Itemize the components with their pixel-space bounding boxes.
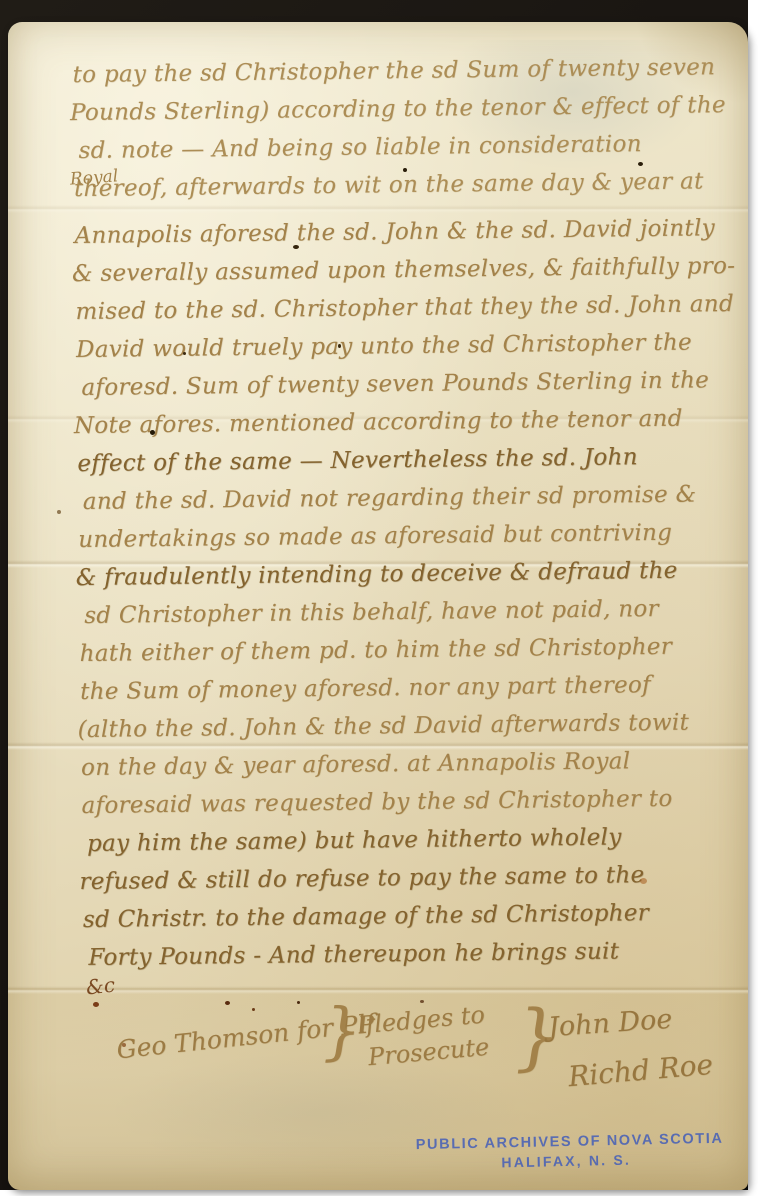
brace-glyph: } bbox=[321, 993, 363, 1067]
manuscript-line: Forty Pounds - And thereupon he brings s… bbox=[88, 931, 743, 977]
ink-blot bbox=[403, 168, 407, 172]
foxing-spot bbox=[420, 1000, 424, 1003]
archival-photograph: { "colors": { "paper": "#ebe2c4", "ink_b… bbox=[0, 0, 758, 1196]
et-cetera-mark: &c bbox=[85, 973, 116, 1000]
foxing-spot bbox=[338, 344, 341, 348]
manuscript-body: to pay the sd Christopher the sd Sum of … bbox=[72, 48, 743, 977]
foxing-spot bbox=[225, 1001, 230, 1005]
interlinear-insertion-royal: Royal bbox=[69, 166, 118, 189]
rust-stain bbox=[640, 878, 647, 884]
foxing-spot bbox=[183, 352, 186, 355]
ink-blot bbox=[150, 430, 155, 435]
archive-stamp: PUBLIC ARCHIVES OF NOVA SCOTIA HALIFAX, … bbox=[416, 1131, 717, 1172]
ink-blot bbox=[638, 162, 643, 166]
ink-blot bbox=[293, 245, 299, 249]
foxing-spot bbox=[297, 1001, 300, 1004]
foxing-spot bbox=[57, 510, 61, 514]
foxing-spot bbox=[93, 1002, 99, 1007]
foxing-spot bbox=[122, 1043, 126, 1047]
foxing-spot bbox=[252, 1008, 255, 1011]
manuscript-paper: to pay the sd Christopher the sd Sum of … bbox=[8, 22, 748, 1190]
